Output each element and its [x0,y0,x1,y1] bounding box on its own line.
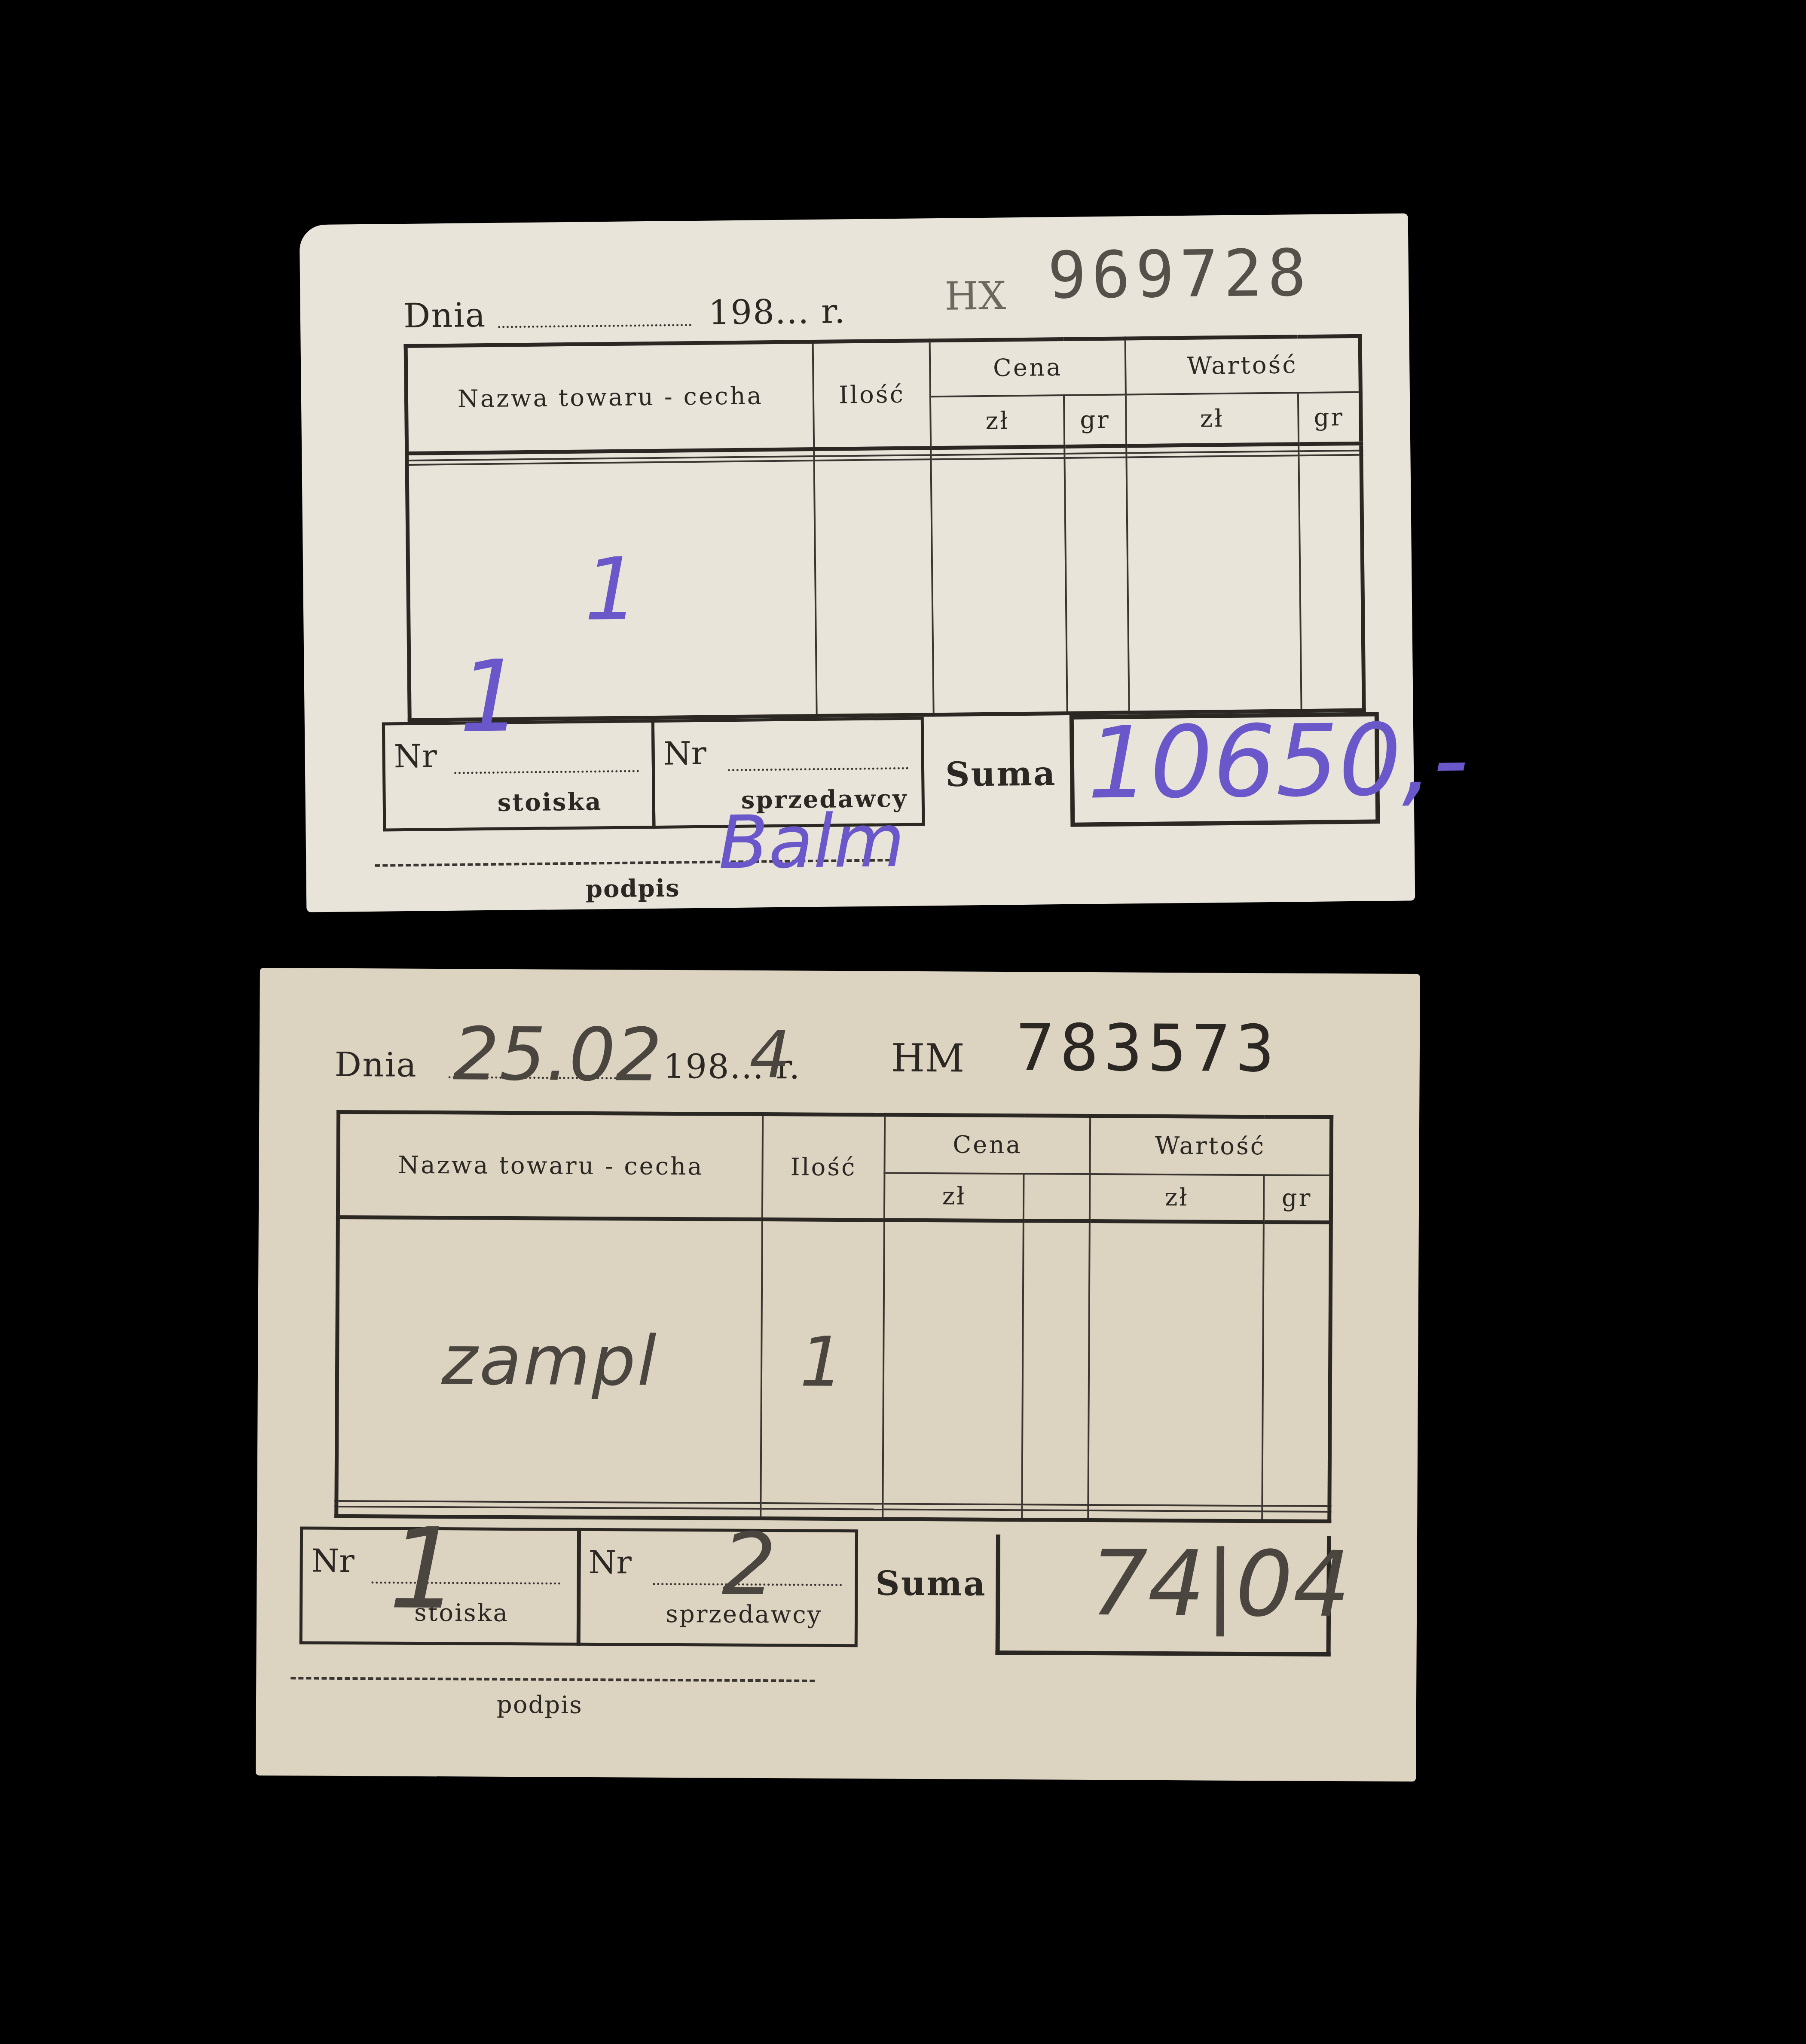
header-price: Cena [930,339,1126,397]
header-price-gr: gr [1064,394,1126,446]
header-value: Wartość [1125,336,1360,394]
nr-label: Nr [663,735,706,772]
cell-price-zl [883,1510,1022,1520]
cell-price-zl [883,1220,1024,1504]
cell-price-gr [1022,1510,1088,1520]
cell-value-gr [1262,1511,1329,1521]
seller-number-box: Nr sprzedawcy 2 [577,1528,858,1647]
cell-value-zl [1088,1221,1264,1506]
header-value-zl: zł [1126,393,1299,446]
nr-label: Nr [588,1544,632,1581]
header-price-gr [1024,1174,1090,1221]
seller-value: 2 [721,1515,776,1615]
header-value-gr: gr [1298,392,1361,444]
cell-qty: 1 [761,1220,884,1504]
signature-label: podpis [497,1691,583,1719]
serial-number: 969728 [1047,236,1312,313]
cell-value-gr [1262,1506,1329,1512]
signature: Balm [718,799,905,886]
header-qty: Ilość [813,341,931,449]
cell-value-gr [1299,443,1361,451]
date-label: Dnia [335,1046,418,1085]
date-dots [498,302,692,328]
seller-dots [728,750,908,771]
items-table: Nazwa towaru - cecha Ilość Cena Wartość … [334,1110,1333,1523]
table-row: zampl 1 [336,1217,1331,1506]
series-code: HX [944,273,1006,319]
cell-value-zl [1088,1510,1262,1521]
date-value: 25.02 [452,1012,662,1098]
nr-label: Nr [394,738,437,775]
cell-price-zl [931,458,1067,714]
signature-line [290,1677,815,1682]
receipt-card-1: Dnia 198... r. HX 969728 Nazwa towaru - … [299,214,1415,912]
cell-qty [761,1503,883,1510]
header-value: Wartość [1090,1116,1332,1175]
stall-number-box: Nr stoiska 1 [299,1526,581,1645]
sum-value: 10650,- [1087,702,1470,821]
cell-item: zampl [336,1217,762,1503]
stall-value: 1 [458,639,523,755]
stall-value: 1 [388,1504,460,1635]
header-price: Cena [885,1115,1091,1174]
header-item: Nazwa towaru - cecha [338,1112,763,1219]
cell-price-gr [1022,1504,1088,1510]
year-value: 4 [749,1018,790,1092]
header-price-zl: zł [884,1173,1024,1221]
serial-number: 783573 [1016,1010,1280,1086]
cell-value-zl [1126,455,1301,713]
header-price-zl: zł [930,395,1064,448]
cell-value-gr [1262,1222,1331,1506]
sum-label: Suma [945,754,1057,794]
nr-label: Nr [311,1543,354,1580]
series-code: HM [891,1036,965,1081]
date-label: Dnia [403,296,486,336]
receipt-card-2: Dnia 25.02 198... r. 4 HM 783573 Nazwa t… [256,968,1420,1782]
header-item: Nazwa towaru - cecha [406,342,814,454]
stall-dots [454,753,639,774]
stall-label: stoiska [497,787,602,817]
sum-label: Suma [875,1564,987,1603]
header-value-zl: zł [1090,1174,1264,1222]
sum-value: 74|04 [1090,1531,1351,1637]
items-table: Nazwa towaru - cecha Ilość Cena Wartość … [404,334,1366,722]
cell-value-gr [1299,455,1364,711]
cell-qty [814,459,934,716]
header-qty: Ilość [762,1114,885,1220]
cell-price-gr [1065,457,1129,713]
cell-qty [761,1509,883,1519]
cell-price-gr [1065,446,1126,454]
year-label: 198... r. [708,292,846,332]
table-row: 1 [407,455,1364,720]
cell-price-gr [1022,1221,1090,1505]
signature-label: podpis [586,874,680,903]
header-value-gr: gr [1264,1175,1331,1223]
